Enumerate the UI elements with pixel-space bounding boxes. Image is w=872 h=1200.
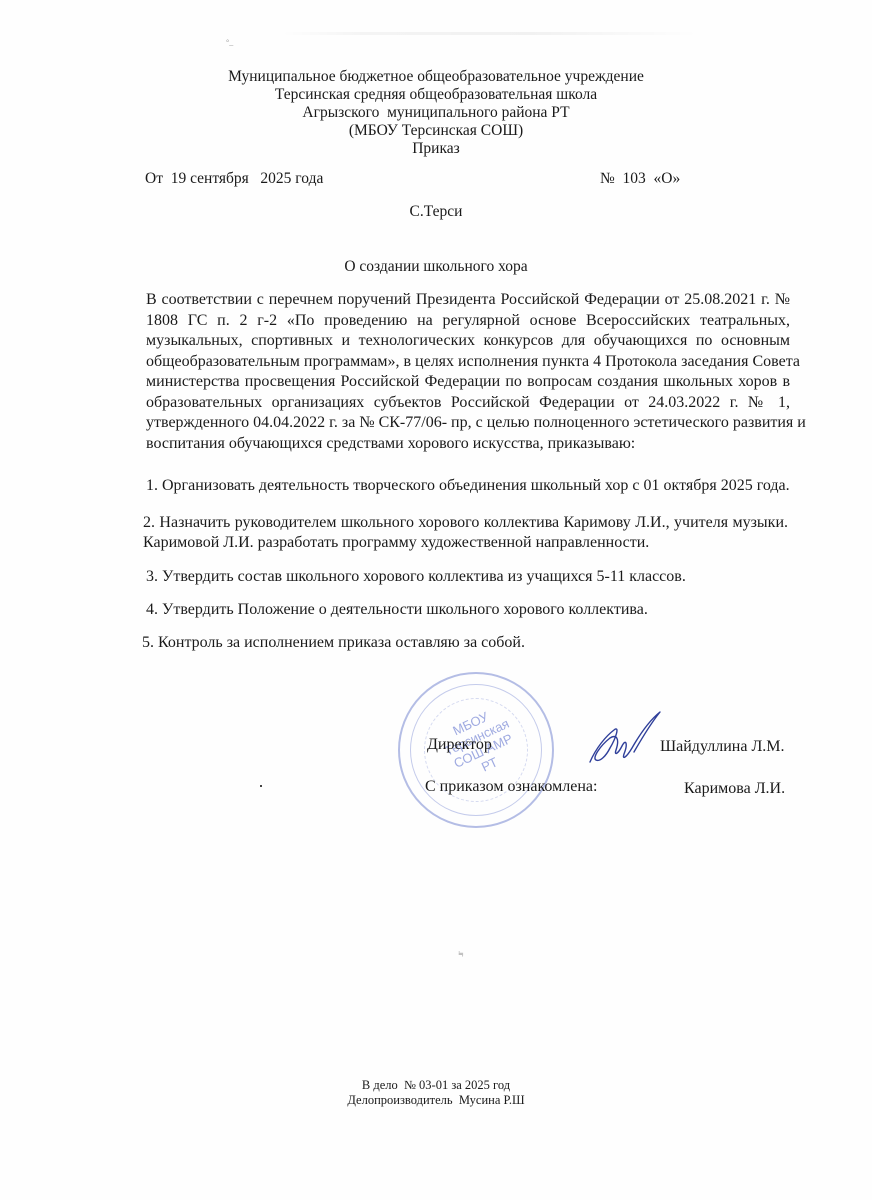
school-name: Терсинская средняя общеобразовательная ш… (0, 86, 872, 104)
preamble-line: утвержденного 04.04.2022 г. за № СК-77/0… (146, 413, 790, 434)
order-place: С.Терси (0, 203, 872, 221)
org-short-name: (МБОУ Терсинская СОШ) (0, 122, 872, 140)
scan-speck (260, 785, 262, 787)
preamble-line: музыкальных, спортивных и технологически… (146, 331, 790, 352)
order-item-5: 5. Контроль за исполнением приказа остав… (142, 633, 525, 654)
org-full-name: Муниципальное бюджетное общеобразователь… (0, 68, 872, 86)
preamble-line: общеобразовательным программам», в целях… (146, 352, 790, 373)
preamble-line: воспитания обучающихся средствами хорово… (146, 434, 790, 455)
document-type: Приказ (0, 140, 872, 158)
preamble-line: образовательных организациях субъектов Р… (146, 393, 790, 414)
document-page: °_ Муниципальное бюджетное общеобразоват… (0, 0, 872, 1200)
order-item-2-line-2: Каримовой Л.И. разработать программу худ… (143, 533, 649, 554)
document-footer: В дело № 03-01 за 2025 год Делопроизводи… (0, 1078, 872, 1108)
order-subject: О создании школьного хора (0, 258, 872, 276)
acknowledgement-name: Каримова Л.И. (684, 780, 785, 798)
district-name: Агрызского муниципального района РТ (0, 104, 872, 122)
order-date: От 19 сентября 2025 года (145, 170, 323, 188)
order-number: № 103 «О» (600, 170, 680, 188)
director-name: Шайдуллина Л.М. (660, 738, 785, 756)
order-item-4: 4. Утвердить Положение о деятельности шк… (146, 600, 648, 621)
preamble-paragraph: В соответствии с перечнем поручений През… (146, 290, 790, 454)
scan-mark: °_ (226, 38, 233, 47)
scan-speck: ≒ (458, 950, 464, 958)
file-record: В дело № 03-01 за 2025 год (0, 1078, 872, 1093)
preamble-line: В соответствии с перечнем поручений През… (146, 290, 790, 311)
clerk-record: Делопроизводитель Мусина Р.Ш (0, 1093, 872, 1108)
order-item-2-line-1: 2. Назначить руководителем школьного хор… (143, 513, 788, 534)
acknowledgement-label: С приказом ознакомлена: (425, 778, 597, 796)
scan-artifact (280, 32, 700, 35)
document-header: Муниципальное бюджетное общеобразователь… (0, 68, 872, 158)
order-item-3: 3. Утвердить состав школьного хорового к… (146, 567, 686, 588)
preamble-line: министерства просвещения Российской Феде… (146, 372, 790, 393)
order-item-1: 1. Организовать деятельность творческого… (146, 476, 790, 497)
director-label: Директор (427, 736, 492, 754)
preamble-line: 1808 ГС п. 2 г-2 «По проведению на регул… (146, 311, 790, 332)
signature-icon (586, 708, 666, 768)
